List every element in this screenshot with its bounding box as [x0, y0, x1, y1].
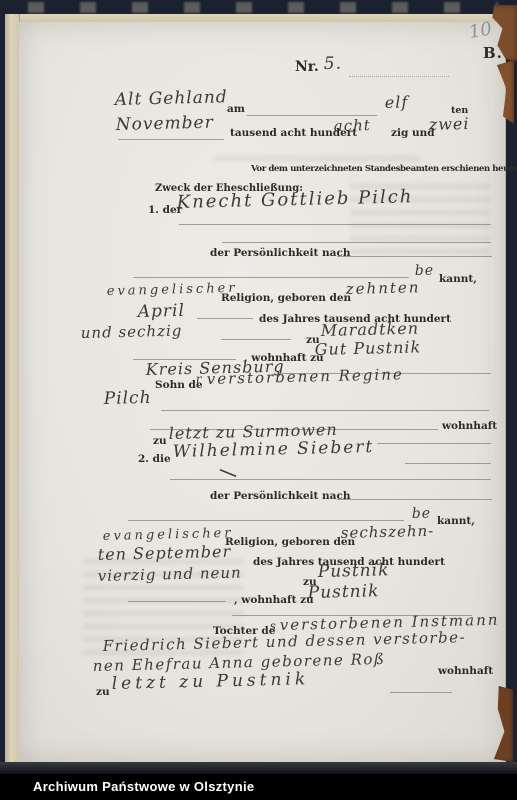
form-rule — [170, 479, 491, 480]
form-rule — [390, 692, 452, 693]
groom-kannt-label: kannt, — [439, 273, 477, 285]
page-block-left-edge — [5, 14, 20, 770]
bride-birth-day-handwritten: sechszehn- — [341, 522, 435, 542]
groom-parent-line1-handwritten: verstorbenen Regine — [207, 365, 404, 388]
bride-residence-handwritten: Pustnik — [308, 581, 380, 603]
form-rule — [161, 410, 489, 411]
groom-sohn-suffix-handwritten: r — [196, 372, 203, 386]
archive-caption-text: Archiwum Państwowe w Olsztynie — [0, 774, 517, 800]
archive-caption-bar: Archiwum Państwowe w Olsztynie — [0, 774, 517, 800]
registration-day-handwritten: elf — [385, 92, 409, 112]
bride-persoenlichkeit-label: der Persönlichkeit nach — [210, 490, 351, 502]
form-rule — [337, 256, 492, 257]
form-rule — [128, 601, 226, 602]
bride-wohnhaft-label: wohnhaft — [438, 665, 493, 677]
form-rule — [349, 76, 449, 77]
am-label: am — [227, 103, 245, 115]
groom-parent-line2-handwritten: Pilch — [104, 388, 152, 409]
groom-zuletzt-zu-label: zu — [153, 435, 167, 447]
bride-birth-place-handwritten: Pustnik — [318, 560, 390, 582]
form-rule — [197, 318, 253, 319]
bride-religion-label: Religion, geboren den — [225, 536, 355, 548]
registration-place-handwritten: Alt Gehland — [115, 87, 228, 110]
form-rule — [128, 520, 404, 521]
form-rule — [221, 339, 291, 340]
bride-zuletzt-zu-label: zu — [96, 686, 110, 698]
groom-be-handwritten: be — [415, 263, 435, 279]
form-rule — [405, 463, 491, 464]
form-rule — [337, 499, 492, 500]
ink-bleed-ghost — [215, 150, 420, 161]
register-page: 10 B. Nr. 5. Alt Gehland am elf ten Nove… — [19, 22, 506, 762]
bride-last-residence-handwritten: letzt zu Pustnik — [112, 669, 310, 694]
scan-shadow-band — [0, 762, 517, 774]
record-nr-value: 5. — [324, 54, 343, 74]
registration-month-handwritten: November — [116, 113, 214, 135]
book-page-edges-texture — [28, 2, 498, 13]
intro-line1: Vor dem unterzeichneten Standesbeamten e… — [251, 164, 517, 174]
registration-year-tens-handwritten: acht — [334, 116, 371, 135]
groom-persoenlichkeit-label: der Persönlichkeit nach — [210, 247, 351, 259]
bride-name-handwritten: Wilhelmine Siebert — [173, 437, 375, 462]
bride-birth-year-handwritten: vierzig und neun — [98, 563, 242, 585]
groom-birth-place-handwritten: Maradtken — [321, 319, 420, 340]
bride-index-label: 2. die — [138, 453, 171, 465]
groom-religion-handwritten: evangelischer — [107, 281, 238, 299]
form-rule — [118, 139, 224, 140]
bride-birth-day2-handwritten: ten September — [98, 542, 232, 564]
groom-birth-year-handwritten: und sechzig — [81, 322, 183, 342]
registration-year-ones-handwritten: zwei — [429, 114, 470, 134]
groom-birth-month-handwritten: April — [138, 301, 186, 322]
groom-wohnhaft-label: wohnhaft — [442, 420, 497, 432]
bride-tochter-suffix-handwritten: s — [270, 619, 278, 633]
form-rule — [222, 242, 491, 243]
groom-birth-day-handwritten: zehnten — [346, 278, 421, 298]
form-rule — [179, 224, 491, 225]
bride-kannt-label: kannt, — [437, 515, 475, 527]
pencil-page-number: 10 — [467, 18, 493, 43]
groom-religion-label: Religion, geboren den — [221, 292, 351, 304]
form-rule — [133, 277, 409, 278]
bride-wohnhaft-zu-label: , wohnhaft zu — [234, 594, 314, 606]
groom-residence-handwritten: Gut Pustnik — [315, 337, 422, 359]
bride-be-handwritten: be — [412, 506, 432, 522]
pen-flourish-mark — [219, 469, 236, 478]
record-nr-label: Nr. — [295, 59, 319, 75]
form-rule — [377, 443, 491, 444]
